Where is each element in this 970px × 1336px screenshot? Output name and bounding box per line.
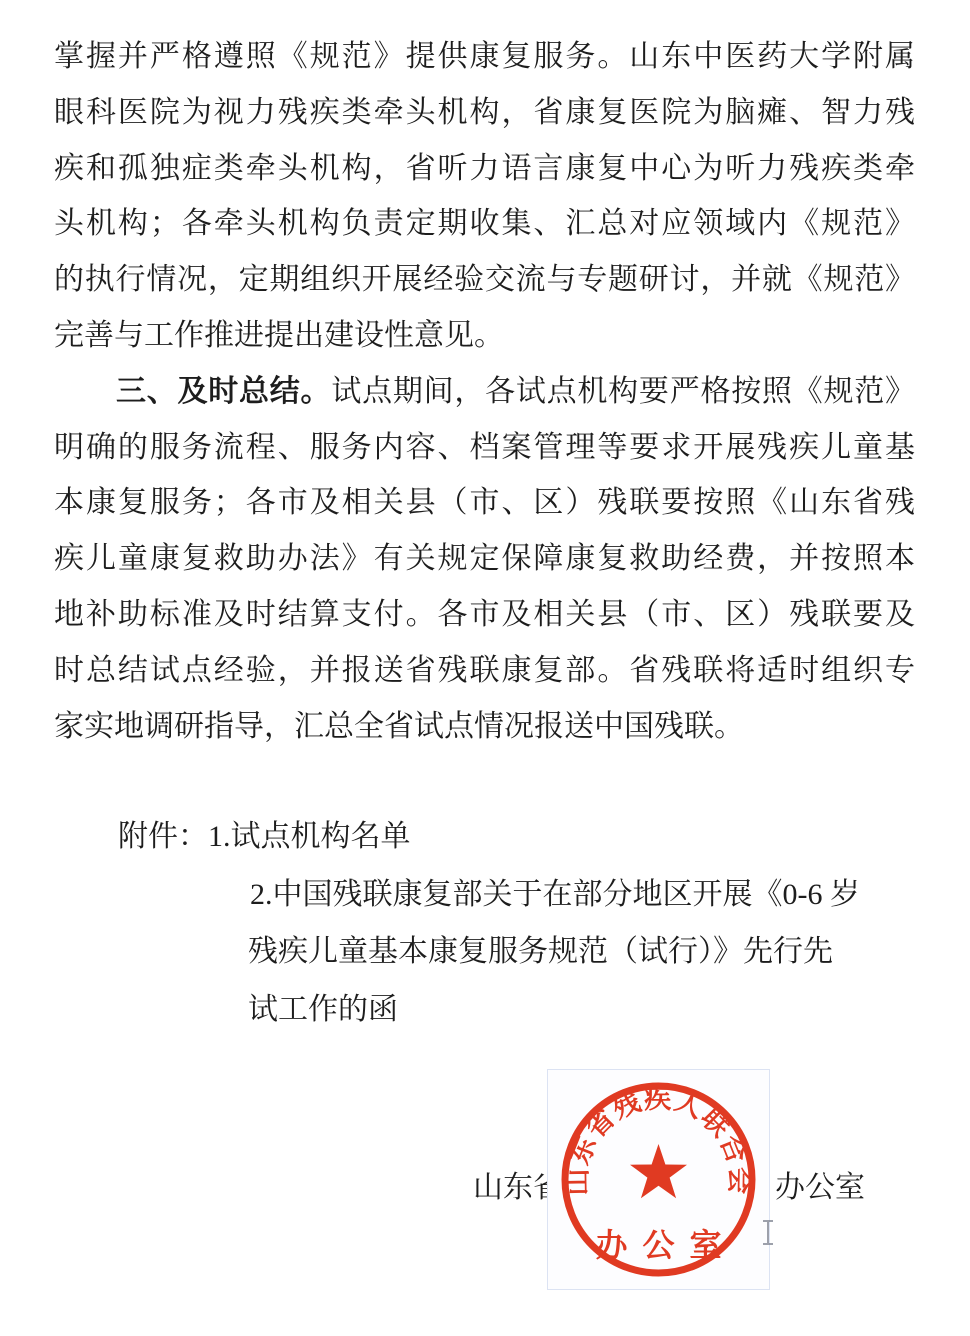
body-paragraphs: 掌握并严格遵照《规范》提供康复服务。山东中医药大学附属 眼科医院为视力残疾类牵头…	[54, 29, 915, 754]
body-line: 家实地调研指导，汇总全省试点情况报送中国残联。	[54, 699, 915, 755]
official-seal: 山东省残疾人联合会 办公室	[547, 1069, 770, 1290]
body-line: 完善与工作推进提出建设性意见。	[54, 308, 915, 364]
seal-star-icon	[630, 1144, 687, 1198]
body-line: 的执行情况，定期组织开展经验交流与专题研讨，并就《规范》	[54, 252, 915, 308]
body-line: 疾和孤独症类牵头机构，省听力语言康复中心为听力残疾类牵	[54, 141, 915, 197]
seal-office-text: 办公室	[595, 1227, 736, 1263]
attachment-item-2-line-2: 残疾儿童基本康复服务规范（试行）》先行先	[54, 923, 915, 981]
body-line: 掌握并严格遵照《规范》提供康复服务。山东中医药大学附属	[54, 29, 915, 85]
section-heading-bold: 三、及时总结。	[116, 375, 331, 408]
attachment-item-2-line-3: 试工作的函	[54, 981, 915, 1039]
seal-graphic: 山东省残疾人联合会 办公室	[548, 1070, 769, 1289]
attachment-item-1: 附件：1.试点机构名单	[54, 808, 915, 866]
attachments-block: 附件：1.试点机构名单 2.中国残联康复部关于在部分地区开展《0-6 岁 残疾儿…	[54, 808, 915, 1038]
section-heading-rest: 试点期间，各试点机构要严格按照《规范》	[331, 375, 915, 408]
body-line-section-heading: 三、及时总结。试点期间，各试点机构要严格按照《规范》	[54, 364, 915, 420]
body-line: 疾儿童康复救助办法》有关规定保障康复救助经费，并按照本	[54, 531, 915, 587]
attachment-item-2-line-1: 2.中国残联康复部关于在部分地区开展《0-6 岁	[54, 866, 915, 924]
body-line: 明确的服务流程、服务内容、档案管理等要求开展残疾儿童基	[54, 420, 915, 476]
issuing-office-signature-right: 办公室	[775, 1171, 865, 1205]
body-line: 地补助标准及时结算支付。各市及相关县（市、区）残联要及	[54, 587, 915, 643]
occluded-stroke-sliver	[763, 1220, 773, 1245]
body-line: 时总结试点经验，并报送省残联康复部。省残联将适时组织专	[54, 643, 915, 699]
body-line: 本康复服务；各市及相关县（市、区）残联要按照《山东省残	[54, 475, 915, 531]
document-page: 掌握并严格遵照《规范》提供康复服务。山东中医药大学附属 眼科医院为视力残疾类牵头…	[0, 0, 970, 1336]
body-line: 眼科医院为视力残疾类牵头机构，省康复医院为脑瘫、智力残	[54, 85, 915, 141]
body-line: 头机构；各牵头机构负责定期收集、汇总对应领域内《规范》	[54, 196, 915, 252]
